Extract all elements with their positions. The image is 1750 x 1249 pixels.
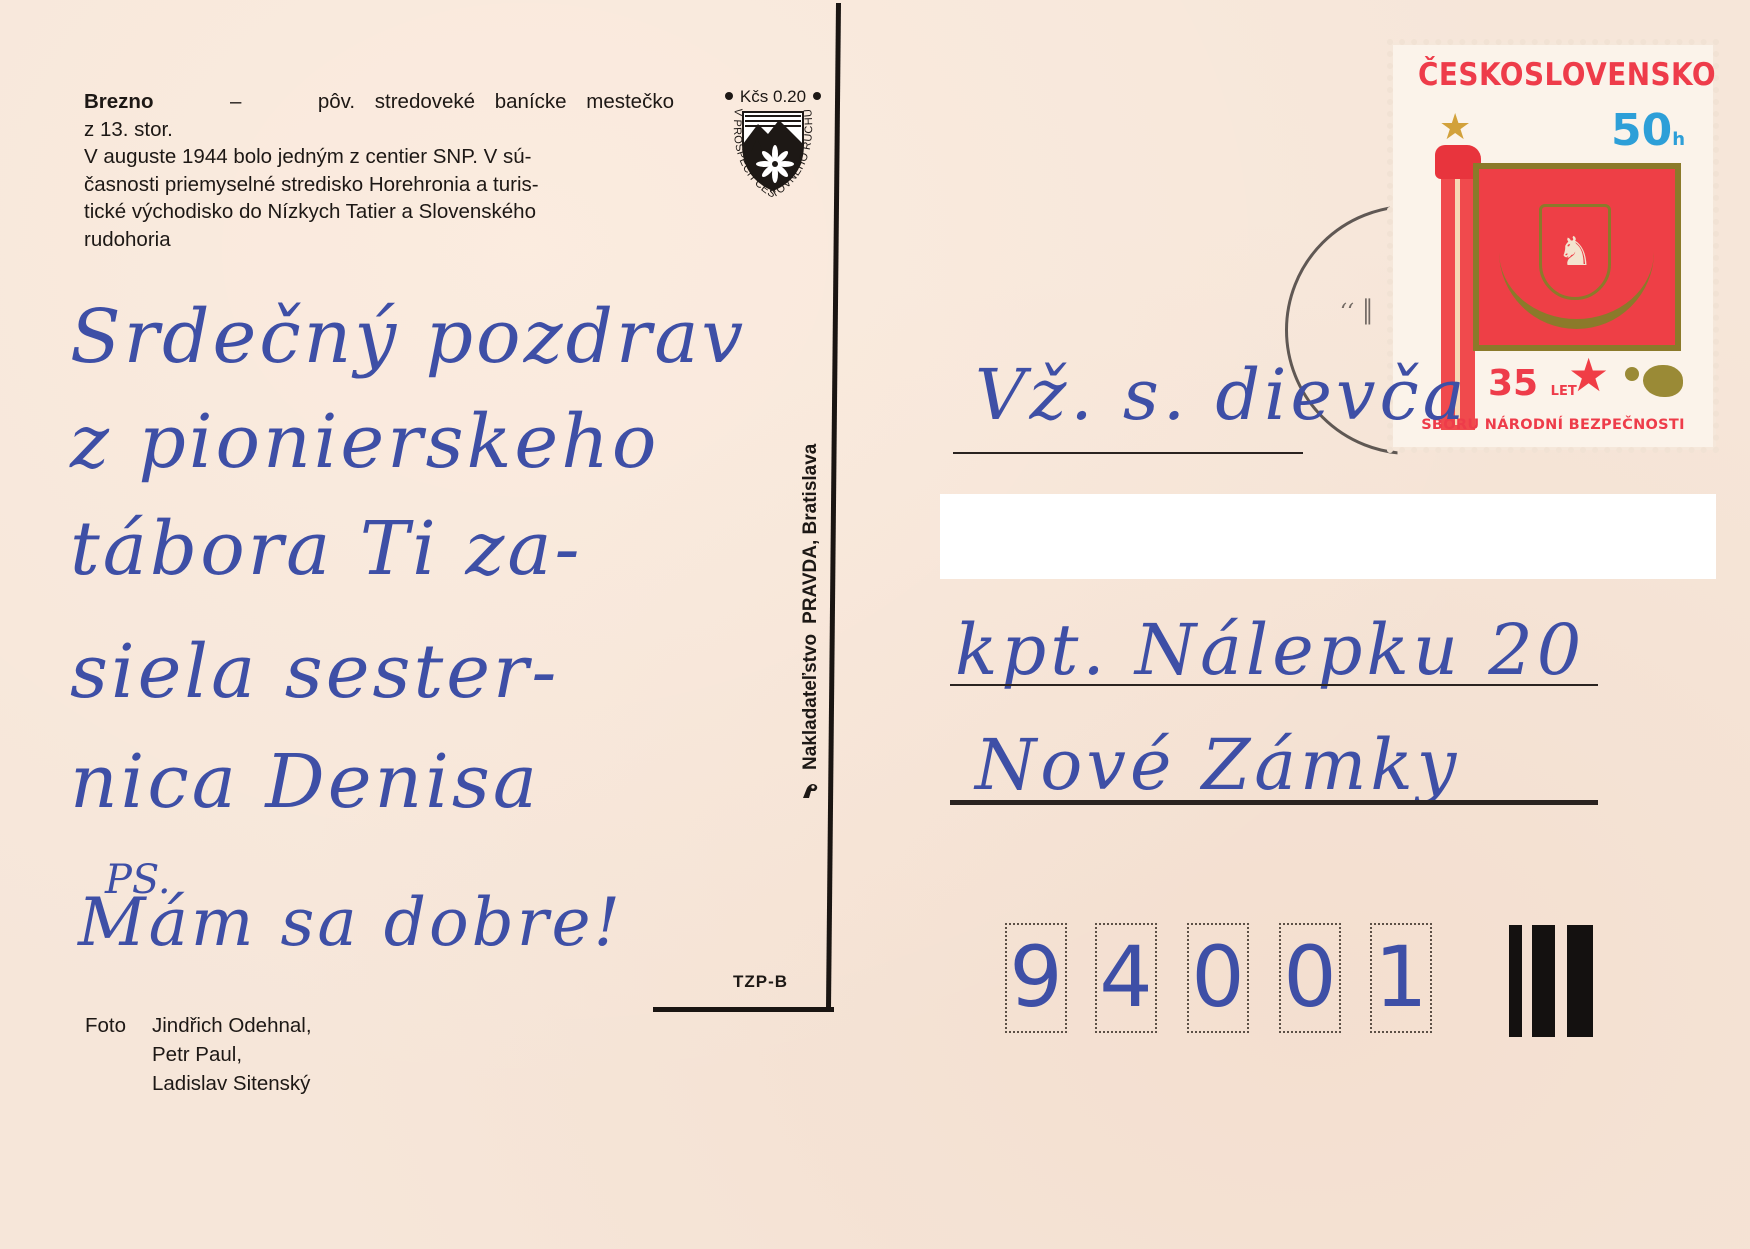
photographer-name: Ladislav Sitenský [152, 1069, 310, 1098]
flag-icon: ♞ [1473, 163, 1681, 351]
message-line: tábora Ti za- [70, 512, 582, 586]
red-star-icon: ★ [1568, 352, 1609, 398]
stamp-value-number: 50 [1611, 105, 1672, 156]
lion-crest-icon: ♞ [1539, 204, 1611, 300]
description-line: V auguste 1944 bolo jedným z centier SNP… [84, 143, 674, 171]
redacted-address-line [940, 494, 1716, 579]
series-code: TZP-B [733, 972, 788, 992]
postal-code-bar [1567, 925, 1593, 1037]
publisher-name: PRAVDA [800, 545, 822, 624]
message-line: siela sester- [70, 635, 559, 709]
postal-code-digit: 0 [1187, 935, 1249, 1019]
postal-code-digit: 4 [1095, 935, 1157, 1019]
postal-code-digit: 1 [1370, 935, 1432, 1019]
photo-credits: Foto Jindřich Odehnal, Petr Paul, Ladisl… [85, 1011, 312, 1098]
credits-label: Foto [85, 1011, 152, 1040]
postmark-text: ʻʻ ║ [1340, 300, 1374, 325]
publisher-city: , Bratislava [800, 444, 822, 545]
linden-leaf-icon [1643, 365, 1683, 397]
address-underline [950, 800, 1598, 805]
photographer-name: Petr Paul, [152, 1040, 242, 1069]
message-line: nica Denisa [70, 745, 540, 819]
divider-foot-line [653, 1007, 834, 1012]
message-line: Srdečný pozdrav [70, 300, 746, 374]
credit-row: Petr Paul, [85, 1040, 312, 1069]
credit-row: Ladislav Sitenský [85, 1069, 312, 1098]
anniversary-number: 35 [1488, 363, 1538, 404]
stamp-country: ČESKOSLOVENSKO [1418, 57, 1679, 93]
title-dash: – [230, 88, 241, 116]
ps-message: Mám sa dobre! [78, 890, 623, 956]
postcard-back: Brezno – pôv. stredoveké banícke mestečk… [0, 0, 1750, 1249]
postal-code-digit: 9 [1005, 935, 1067, 1019]
publisher-imprint: Nakladateľstvo PRAVDA, Bratislava [800, 444, 822, 800]
description-century: z 13. stor. [84, 116, 674, 144]
credit-row: Foto Jindřich Odehnal, [85, 1011, 312, 1040]
stamp-value-unit: h [1672, 129, 1685, 150]
stamp-value: 50h [1611, 105, 1685, 156]
photographer-name: Jindřich Odehnal, [152, 1011, 312, 1040]
message-line: z pionierskeho [70, 405, 659, 479]
mountain-edelweiss-shield-icon: Kčs 0.20 V PROSPECH CESTOVNÉHO RUCHU [713, 82, 833, 202]
place-name: Brezno [84, 88, 153, 116]
description-title-line: Brezno – pôv. stredoveké banícke mestečk… [84, 88, 674, 116]
address-underline [953, 452, 1303, 454]
address-line-1: Vž. s. dievča [975, 360, 1468, 430]
postal-code-digit: 0 [1279, 935, 1341, 1019]
stamp-anniversary: 35 LET [1488, 363, 1577, 404]
gold-star-icon: ★ [1439, 109, 1471, 145]
description-line: rudohoria [84, 226, 674, 254]
address-underline [950, 684, 1598, 686]
place-description: Brezno – pôv. stredoveké banícke mestečk… [84, 88, 674, 253]
postal-code-bar [1532, 925, 1555, 1037]
address-line-4: Nové Zámky [975, 730, 1460, 800]
description-line: časnosti priemyselné stredisko Horehroni… [84, 171, 674, 199]
pravda-logo-icon [801, 780, 821, 800]
postal-code-bar [1509, 925, 1522, 1037]
linden-stem-icon [1625, 367, 1639, 381]
emblem-price: Kčs 0.20 [740, 87, 806, 106]
publisher-prefix: Nakladateľstvo [800, 634, 822, 770]
address-line-3: kpt. Nálepku 20 [955, 615, 1585, 685]
description-line: tické východisko do Nízkych Tatier a Slo… [84, 198, 674, 226]
place-subtitle: pôv. stredoveké banícke mestečko [318, 88, 674, 116]
